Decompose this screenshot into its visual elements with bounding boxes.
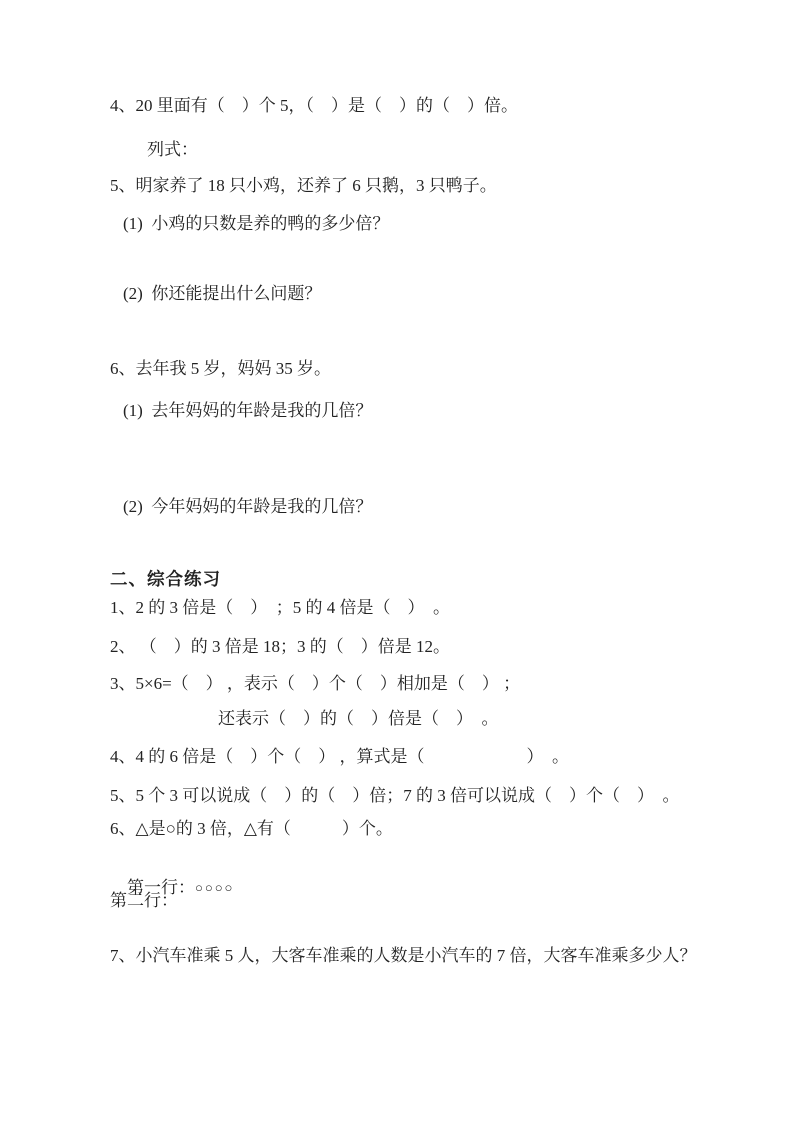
comprehensive-q6-row2: 第二行：: [110, 890, 178, 911]
review-q4-line: 4、20 里面有（ ）个 5，（ ）是（ ）的（ ）倍。: [110, 95, 518, 116]
comprehensive-q4: 4、4 的 6 倍是（ ）个（ ） ，算式是（ ） 。: [110, 746, 569, 767]
comprehensive-q5: 5、5 个 3 可以说成（ ）的（ ）倍；7 的 3 倍可以说成（ ）个（ ） …: [110, 785, 680, 806]
review-q5-stem: 5、明家养了 18 只小鸡，还养了 6 只鹅，3 只鸭子。: [110, 175, 497, 196]
review-q6-stem: 6、去年我 5 岁，妈妈 35 岁。: [110, 358, 331, 379]
comprehensive-q2: 2、 （ ）的 3 倍是 18；3 的（ ）倍是 12。: [110, 636, 450, 657]
worksheet-page: 4、20 里面有（ ）个 5，（ ）是（ ）的（ ）倍。 列式： 5、明家养了 …: [0, 0, 793, 1122]
review-q6-sub1: (1) 去年妈妈的年龄是我的几倍？: [123, 400, 372, 421]
comprehensive-q7: 7、小汽车准乘 5 人，大客车准乘的人数是小汽车的 7 倍，大客车准乘多少人？: [110, 945, 697, 966]
review-q5-sub1: (1) 小鸡的只数是养的鸭的多少倍？: [123, 213, 389, 234]
review-q5-sub2: (2) 你还能提出什么问题？: [123, 283, 321, 304]
comprehensive-q3-line2: 还表示（ ）的（ ）倍是（ ） 。: [218, 708, 499, 729]
comprehensive-section-heading: 二、综合练习: [110, 569, 221, 591]
review-q4-formula-label: 列式：: [147, 139, 198, 160]
comprehensive-q3-line1: 3、5×6=（ ） ，表示（ ）个（ ）相加是（ ） ；: [110, 673, 520, 694]
row1-circles: ○○○○: [195, 880, 234, 895]
review-q6-sub2: (2) 今年妈妈的年龄是我的几倍？: [123, 496, 372, 517]
comprehensive-q1: 1、2 的 3 倍是（ ） ；5 的 4 倍是（ ） 。: [110, 597, 450, 618]
comprehensive-q6: 6、△是○的 3 倍，△有（ ）个。: [110, 818, 393, 839]
